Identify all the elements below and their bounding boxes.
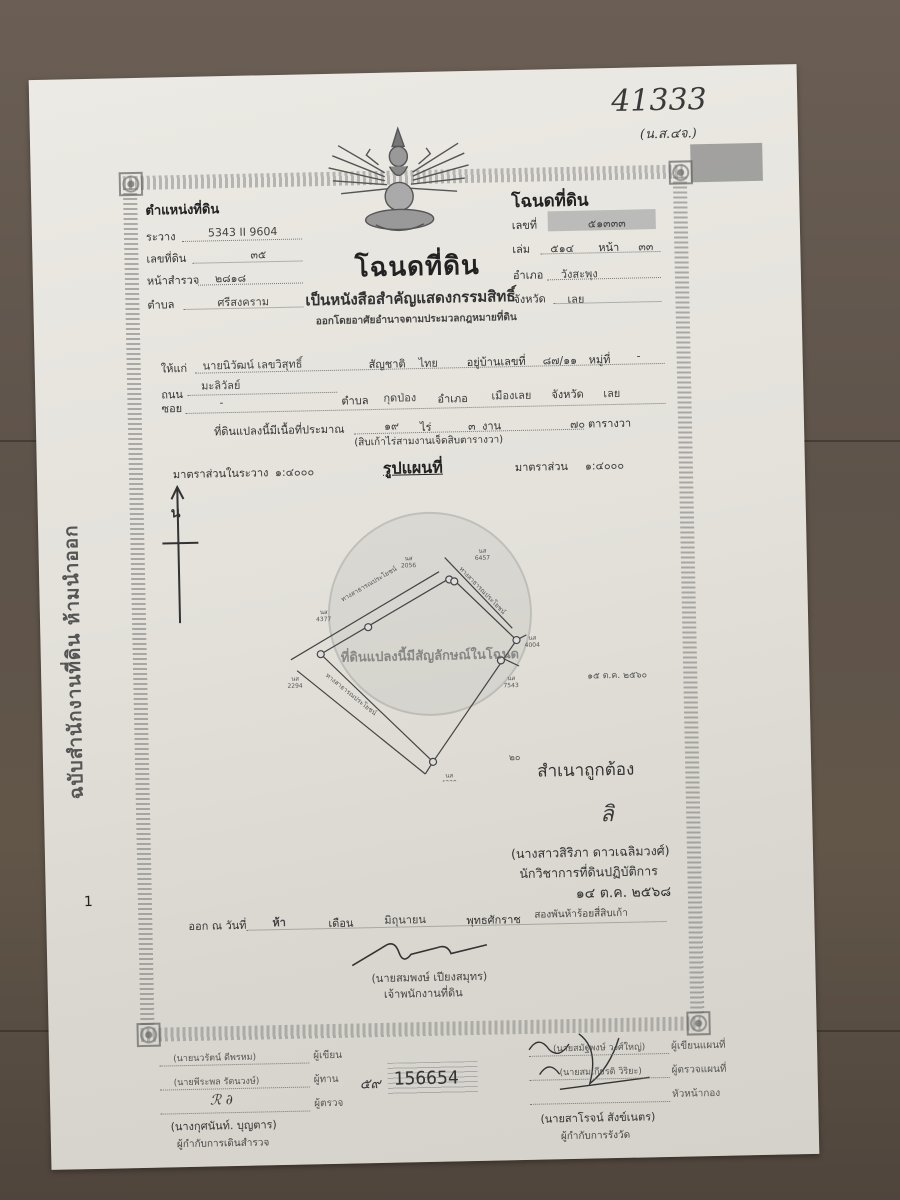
- field-value-deed-no: ๕๑๓๓๓: [588, 214, 626, 233]
- survey-right-chief-title: ผู้กำกับการรังวัด: [561, 1128, 631, 1144]
- issued-year: สองพันห้าร้อยสี่สิบเก้า: [534, 906, 628, 923]
- nationality-label: สัญชาติ: [369, 354, 406, 373]
- province-label: จังหวัด: [551, 385, 584, 404]
- vertical-notice: ฉบับสำนักงานที่ดิน ห้ามนำออก: [56, 524, 92, 800]
- corner-ornament-icon: [136, 1023, 160, 1047]
- scale-left-label: มาตราส่วนในระวาง: [173, 463, 269, 483]
- field-value-ravang: 5343 II 9604: [208, 225, 278, 239]
- parcel-id-label: 2294: [287, 683, 303, 690]
- survey-left-chief-name: (นางกุศนันท์. บุญตาร): [170, 1115, 277, 1135]
- parcel-id-label: 2056: [401, 562, 417, 569]
- parcel-map: ทางสาธารณประโยชน์ ทางสาธารณประโยชน์ ทางส…: [278, 538, 603, 785]
- survey-left-signature: ℛ ∂: [210, 1092, 233, 1108]
- handwritten-number: 41333: [611, 82, 707, 119]
- parcel-id-label: 4004: [525, 642, 541, 649]
- scale-left-value: ๑:๔๐๐๐: [275, 462, 315, 481]
- owner-label: ให้แก่: [161, 359, 188, 378]
- certifier-signature: ลิ: [600, 796, 614, 831]
- survey-right-role-3: หัวหน้ากอง: [672, 1086, 721, 1102]
- nationality-value: ไทย: [418, 354, 438, 372]
- field-value-volume: ๕๑๔: [550, 239, 574, 257]
- field-label-ravang: ระวาง: [146, 227, 176, 246]
- area-label: ที่ดินแปลงนี้มีเนื้อที่ประมาณ: [214, 420, 345, 441]
- issued-year-label: พุทธศักราช: [466, 910, 521, 929]
- north-label: น: [171, 502, 181, 524]
- corner-ornament-icon: [119, 172, 143, 196]
- survey-right-role-1: ผู้เขียนแผนที่: [671, 1038, 726, 1054]
- road-label-nw: ทางสาธารณประโยชน์: [340, 564, 399, 603]
- corner-ornament-icon: [686, 1011, 710, 1035]
- serial-number: 156654: [393, 1067, 458, 1089]
- garuda-emblem-icon: [318, 123, 480, 241]
- field-label-land-no: เลขที่ดิน: [146, 249, 186, 268]
- location-heading: ตำแหน่งที่ดิน: [145, 198, 219, 221]
- area-in-words: (สิบเก้าไร่สามงานเจ็ดสิบตารางวา): [354, 432, 503, 450]
- parcel-id-label: 7543: [503, 682, 519, 689]
- road-label-sw: ทางสาธารณประโยชน์: [324, 671, 379, 717]
- issued-month-label: เดือน: [328, 914, 353, 933]
- field-label-page: หน้า: [598, 238, 619, 256]
- scale-right-value: ๑:๔๐๐๐: [585, 456, 625, 475]
- center-stamp: ที่ดินแปลงนี้มีสัญลักษณ์ในโฉนด: [341, 643, 520, 666]
- certified-copy-text: สำเนาถูกต้อง: [537, 756, 635, 785]
- officer-position: เจ้าพนักงานที่ดิน: [384, 983, 463, 1003]
- moo-value: -: [636, 349, 640, 362]
- security-border-right: [673, 176, 705, 1016]
- land-title-deed-page: 41333 (น.ส.๔จ.) ฉบับสำนักงานที่ดิน ห้ามน…: [29, 64, 820, 1170]
- form-code: (น.ส.๔จ.): [640, 122, 697, 144]
- survey-left-role-3: ผู้ตรวจ: [314, 1096, 344, 1112]
- area-wa: ๗๐: [570, 415, 585, 433]
- parcel-id-label: 6457: [475, 555, 491, 562]
- document-issued-by: ออกโดยอาศัยอำนาจตามประมวลกฎหมายที่ดิน: [316, 310, 517, 329]
- margin-mark: 1: [84, 894, 93, 910]
- road-value: มะลิวัลย์: [201, 376, 241, 395]
- tambon-value: กุดป่อง: [383, 388, 416, 407]
- survey-left-chief-title: ผู้กำกับการเดินสำรวจ: [177, 1135, 270, 1152]
- scale-right-label: มาตราส่วน: [515, 457, 568, 476]
- field-label-province: จังหวัด: [513, 289, 546, 308]
- document-title: โฉนดที่ดิน: [354, 245, 480, 289]
- map-heading: รูปแผนที่: [383, 456, 443, 482]
- survey-left-role-2: ผู้ทาน: [314, 1072, 339, 1088]
- field-label-volume: เล่ม: [512, 240, 530, 258]
- field-value-amphoe: วังสะพุง: [561, 264, 598, 283]
- parcel-id-label: 4377: [316, 616, 332, 623]
- security-border-left: [123, 188, 155, 1028]
- area-wa-label: ตารางวา: [588, 414, 632, 433]
- field-label-tambon: ตำบล: [147, 295, 174, 314]
- amphoe-value: เมืองเลย: [491, 386, 531, 405]
- survey-left-role-1: ผู้เขียน: [313, 1048, 342, 1064]
- parcel-id-label: 4230: [441, 779, 457, 785]
- field-label-survey-page: หน้าสำรวจ: [147, 271, 200, 290]
- redacted-barcode: [690, 143, 763, 182]
- document-subtitle: เป็นหนังสือสำคัญแสดงกรรมสิทธิ์: [305, 284, 516, 312]
- soi-value: -: [219, 396, 223, 409]
- field-value-province: เลย: [567, 290, 584, 308]
- tambon-label: ตำบล: [341, 391, 368, 410]
- corner-ornament-icon: [668, 160, 692, 184]
- north-arrow-icon: [159, 485, 202, 626]
- province-value: เลย: [603, 384, 620, 402]
- amphoe-label: อำเภอ: [437, 389, 468, 408]
- map-date-note: ๑๕ ต.ค. ๒๕๖๐: [587, 667, 647, 682]
- serial-prefix: ๕๙: [360, 1073, 381, 1095]
- house-no-value: ๘๗/๑๑: [542, 351, 577, 370]
- survey-right-role-2: ผู้ตรวจแผนที่: [671, 1062, 726, 1078]
- soi-label: ซอย: [161, 399, 182, 417]
- issued-label: ออก ณ วันที่: [188, 916, 246, 935]
- certified-date: ๑๔ ต.ค. ๒๕๖๘: [576, 881, 672, 905]
- field-label-amphoe: อำเภอ: [513, 265, 544, 284]
- map-mark: ๒๐: [509, 750, 521, 764]
- field-value-page: ๓๓: [638, 237, 653, 255]
- field-label-deed-no: เลขที่: [512, 216, 538, 235]
- moo-label: หมู่ที่: [588, 350, 610, 368]
- survey-right-chief-name: (นายสาโรจน์ สังข์เนตร): [540, 1107, 655, 1127]
- house-no-label: อยู่บ้านเลขที่: [466, 352, 525, 371]
